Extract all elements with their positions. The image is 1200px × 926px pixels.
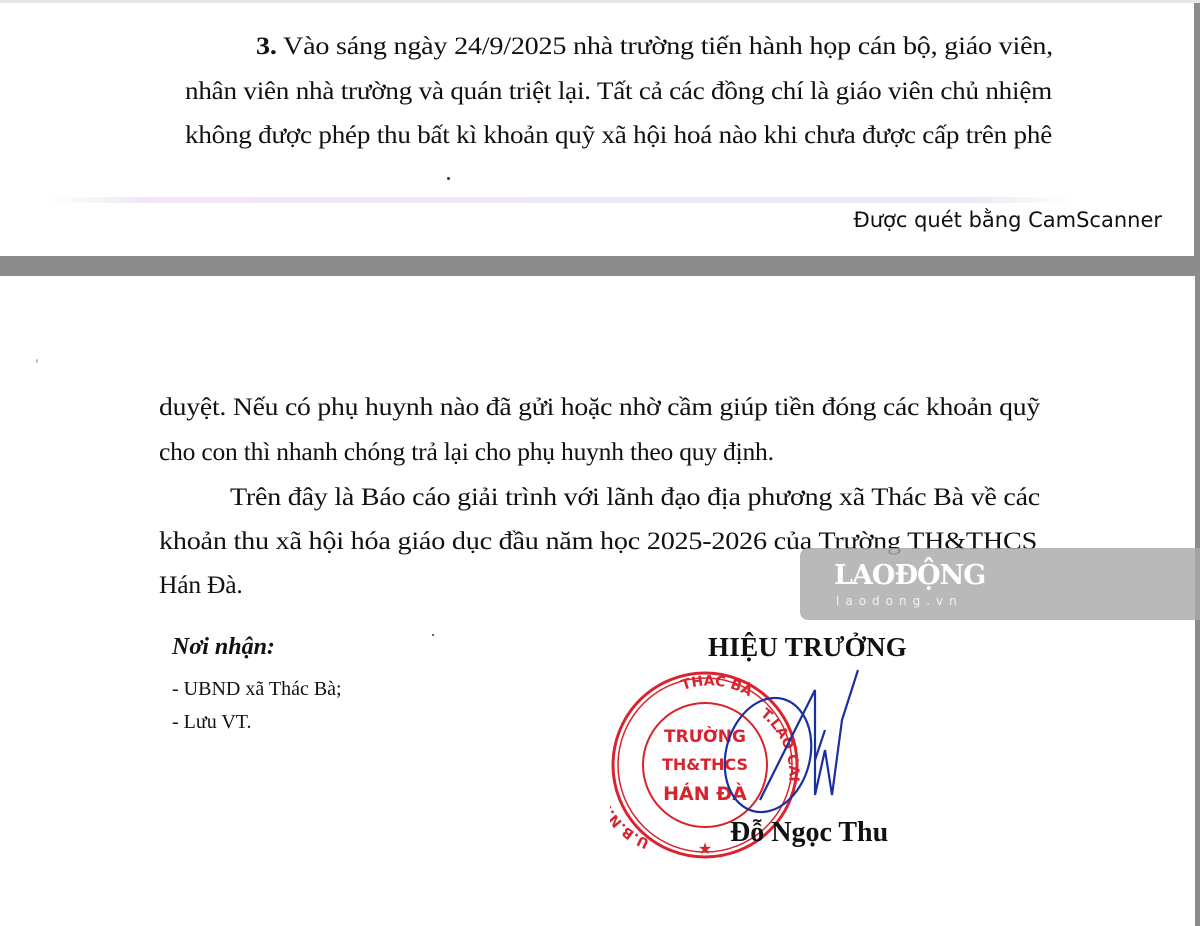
watermark-site: laodong.vn	[836, 594, 963, 608]
stamp-ring-top: THÁC BÀ	[680, 672, 756, 700]
signer-name: Đỗ Ngọc Thu	[730, 817, 888, 849]
item-number: 3.	[256, 31, 277, 60]
paragraph-line: Hán Đà.	[159, 570, 243, 600]
recipient-item: - Lưu VT.	[172, 711, 252, 734]
stamp-center-line: TH&THCS	[662, 755, 748, 774]
scan-speck	[36, 359, 38, 363]
scan-artifact	[45, 197, 1075, 203]
paragraph-line: Trên đây là Báo cáo giải trình với lãnh …	[230, 482, 1040, 512]
stamp-star-icon: ★	[698, 839, 712, 858]
paragraph-line: cho con thì nhanh chóng trả lại cho phụ …	[159, 437, 774, 467]
paragraph-line: nhân viên nhà trường và quán triệt lại. …	[185, 76, 1052, 106]
watermark-logo: LAOĐỘNG	[834, 560, 985, 591]
recipients-title: Nơi nhận:	[172, 634, 275, 661]
document-page-top: 3. Vào sáng ngày 24/9/2025 nhà trường ti…	[0, 3, 1194, 256]
paragraph-line: duyệt. Nếu có phụ huynh nào đã gửi hoặc …	[159, 392, 1040, 422]
paragraph-line: không được phép thu bất kì khoản quỹ xã …	[185, 120, 1052, 150]
stamp-center-line: HÁN ĐÀ	[663, 782, 747, 805]
camscanner-footer: Được quét bằng CamScanner	[853, 208, 1162, 232]
recipient-item: - UBND xã Thác Bà;	[172, 678, 342, 701]
paragraph-line: 3. Vào sáng ngày 24/9/2025 nhà trường ti…	[256, 31, 1053, 61]
signature-title: HIỆU TRƯỞNG	[708, 632, 907, 663]
scan-speck	[432, 634, 434, 636]
laodong-watermark: LAOĐỘNG laodong.vn	[800, 548, 1200, 620]
scan-speck	[447, 177, 450, 180]
